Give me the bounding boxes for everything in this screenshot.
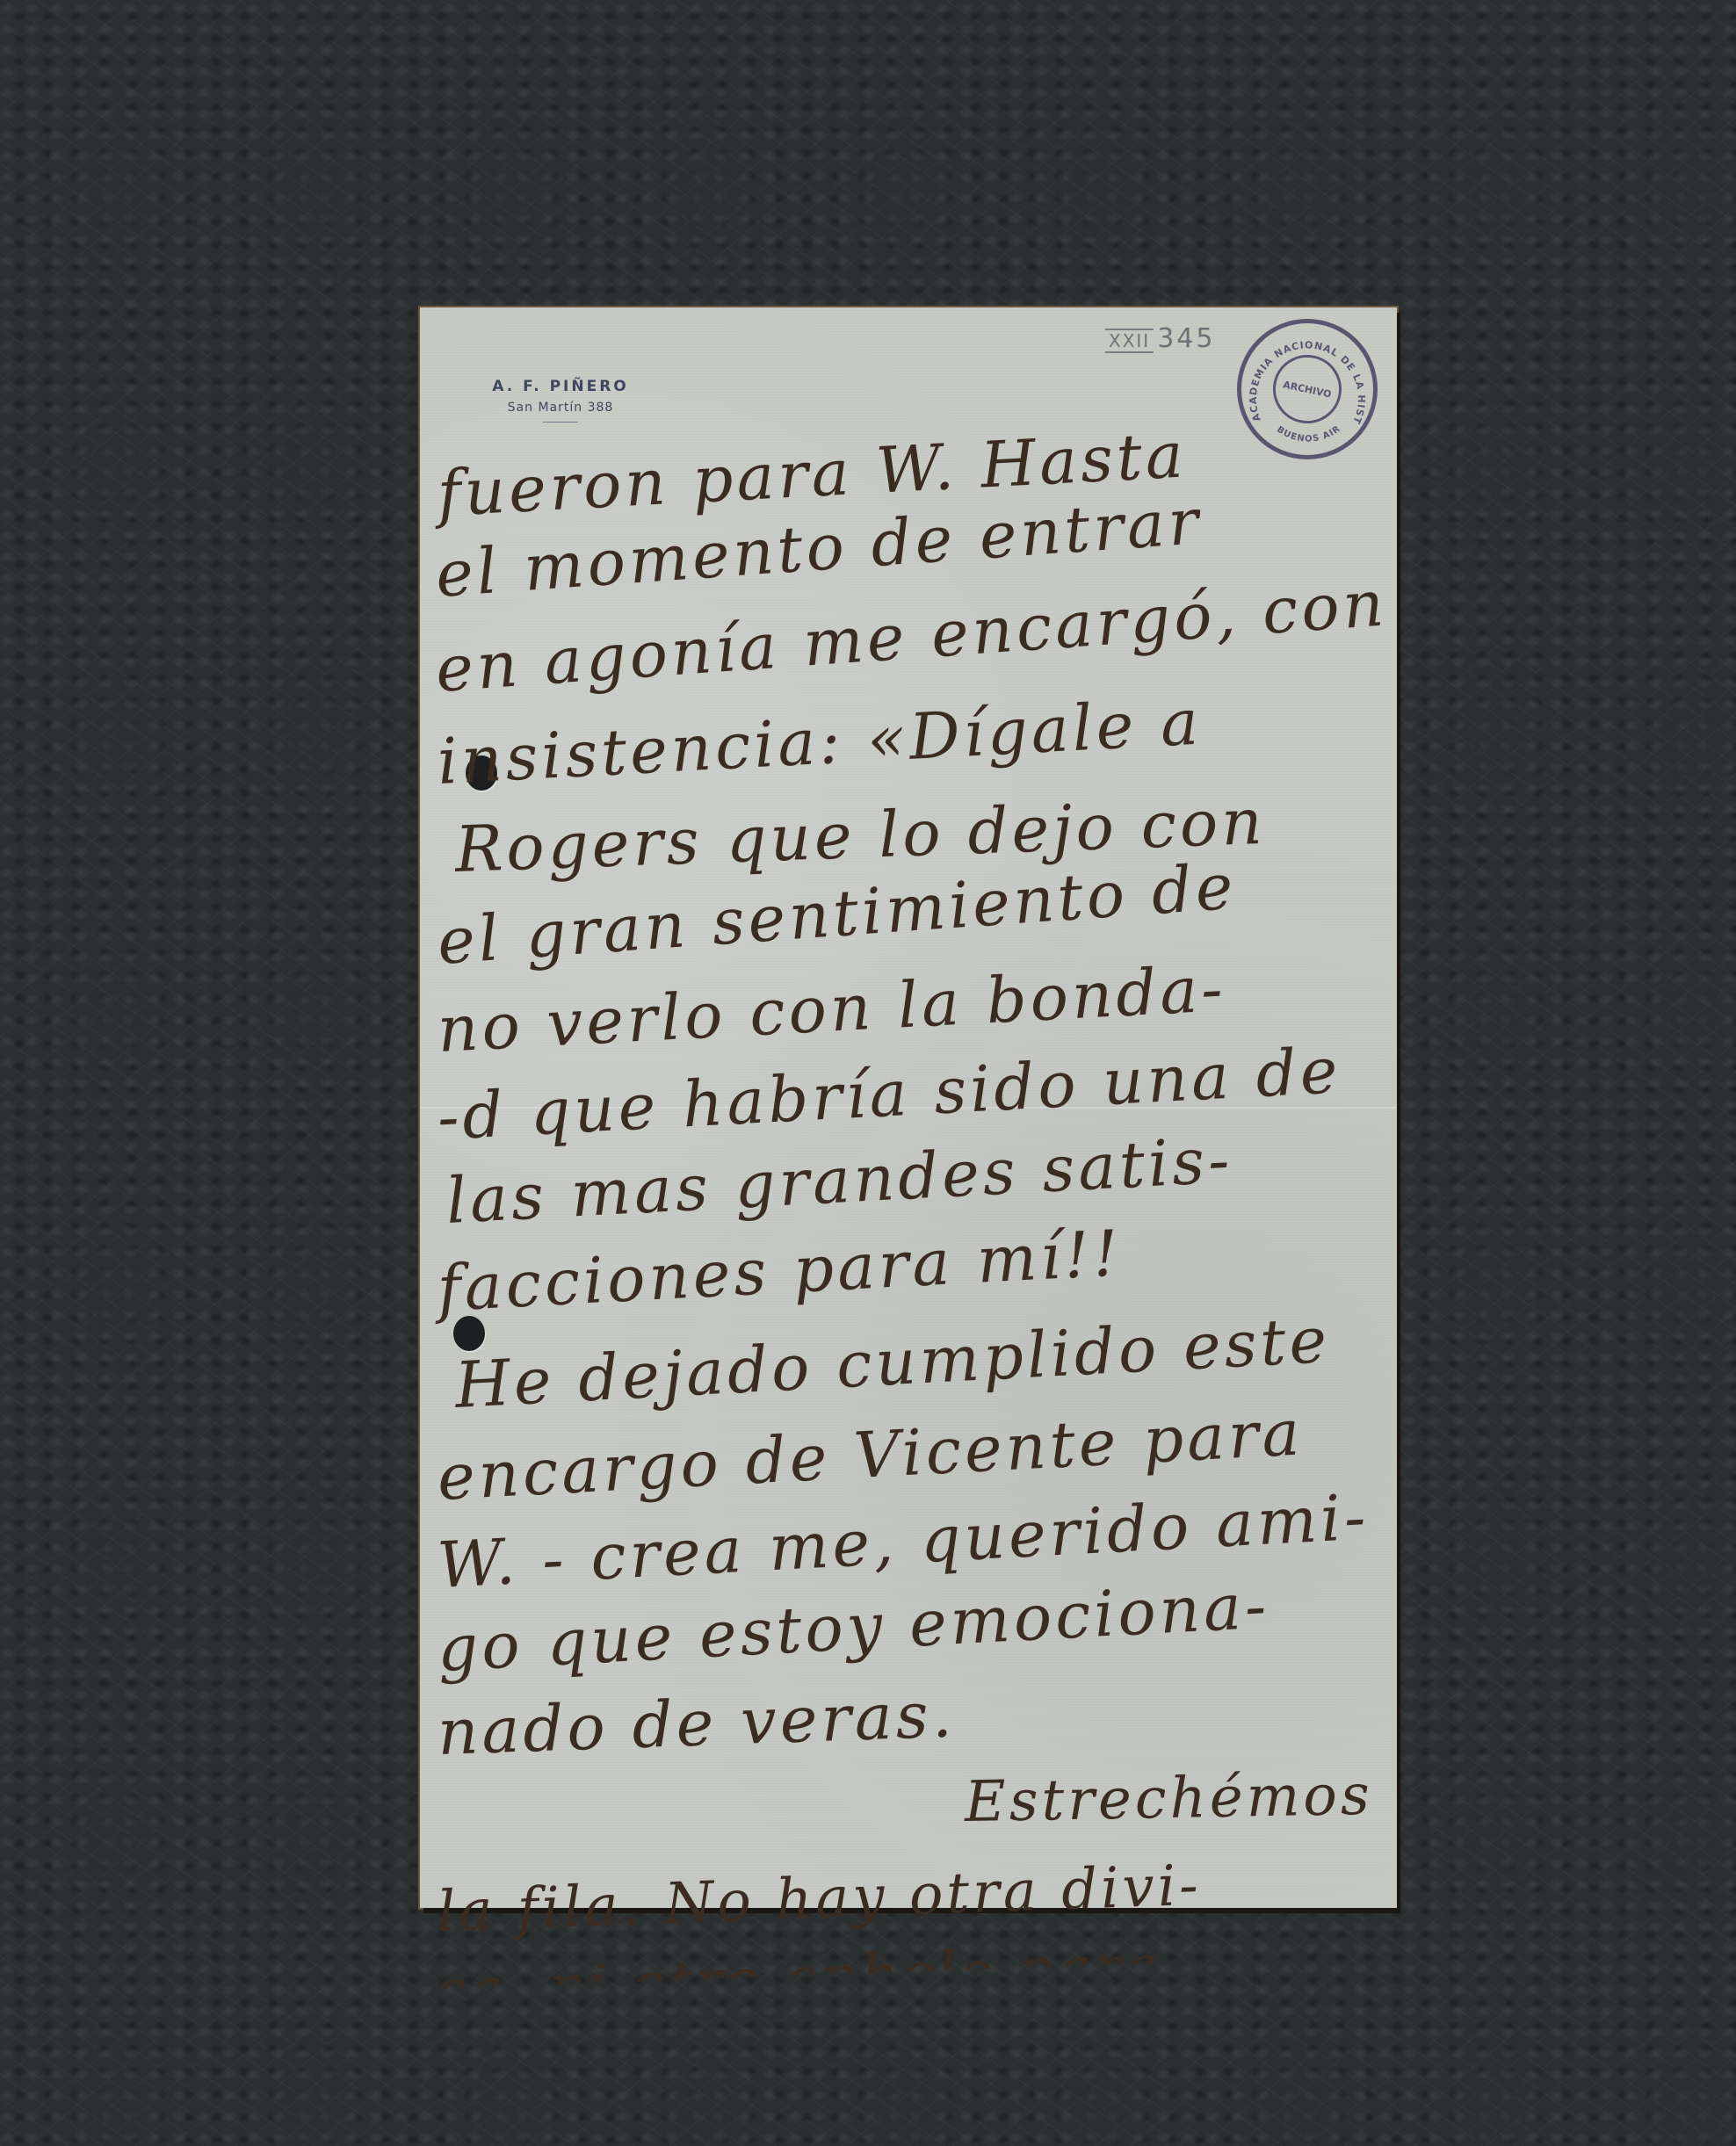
letterhead: A. F. PIÑERO San Martín 388 [473,378,648,423]
catalog-volume: XXII [1105,329,1154,353]
catalog-number: 345 [1157,323,1215,354]
letterhead-name: A. F. PIÑERO [473,378,648,395]
letterhead-rule [543,422,578,423]
catalog-mark: XXII 345 [1105,323,1215,354]
handwritten-line: Estrechémos [964,1763,1373,1835]
archive-stamp: ACADEMIA NACIONAL DE LA HISTORIA BUENOS … [1237,319,1378,459]
handwritten-line: sa, ni otro anhelo para [437,1933,1163,2024]
handwritten-line: la fila. No hay otra divi- [437,1853,1203,1945]
letterhead-address: San Martín 388 [473,401,648,415]
letter-page: A. F. PIÑERO San Martín 388 XXII 345 ACA… [420,307,1397,1908]
handwritten-line: insistencia: «Dígale a [436,684,1204,798]
handwritten-line: nado de veras. [437,1677,957,1769]
